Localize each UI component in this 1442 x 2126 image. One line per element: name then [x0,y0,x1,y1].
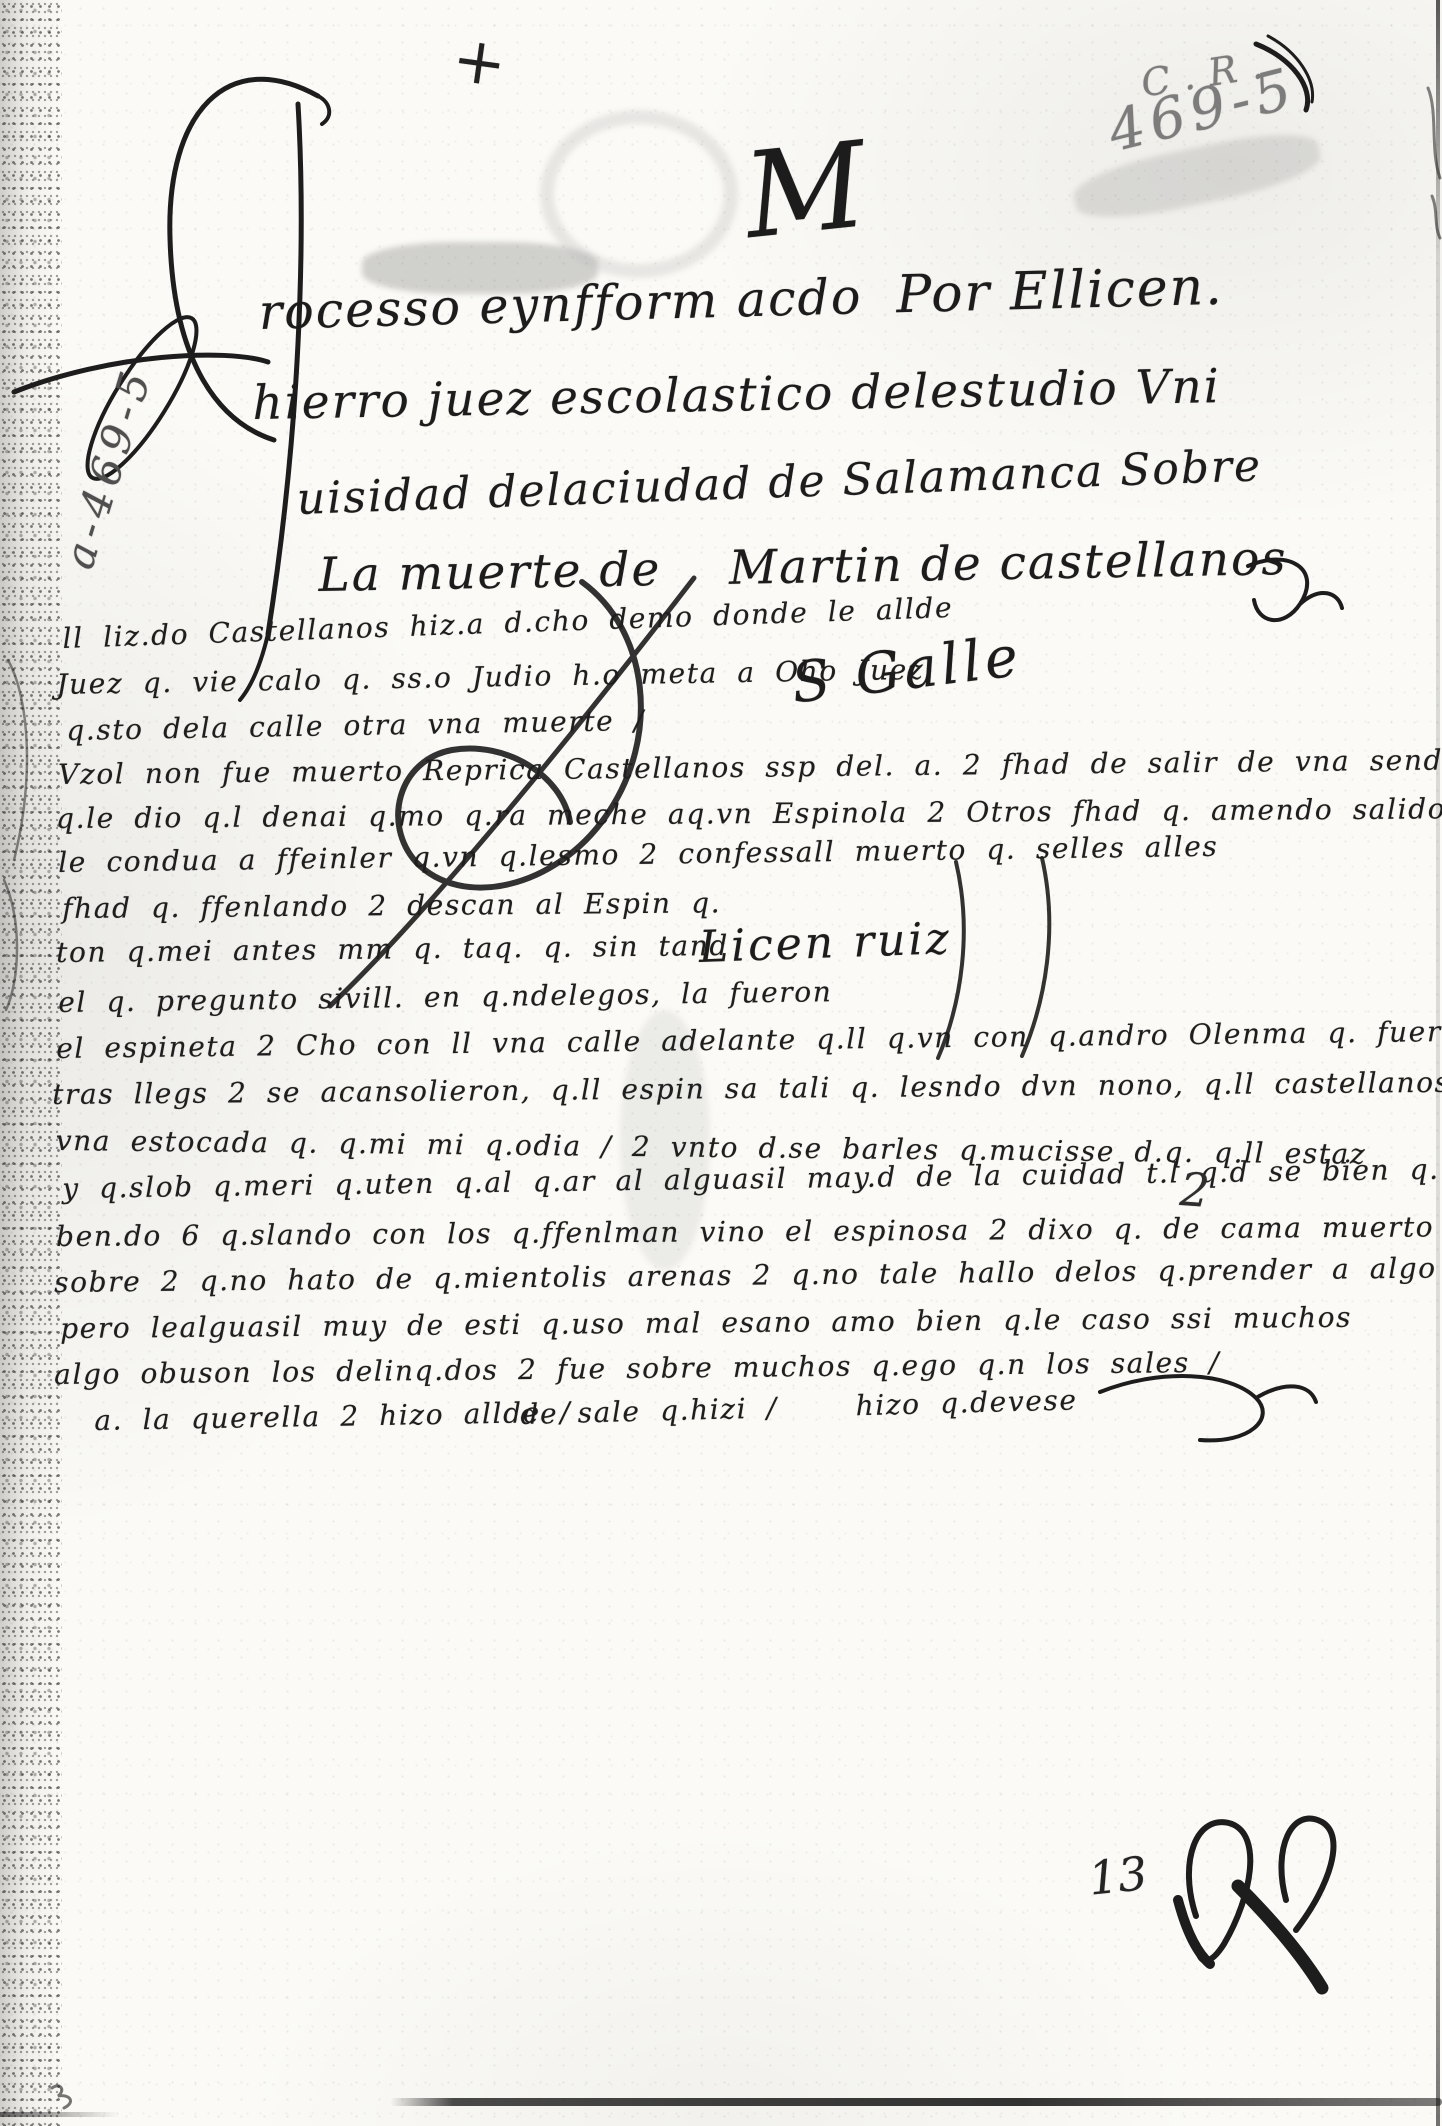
fold-crease-marks [4,660,27,1010]
body-line-9: el q. pregunto sivill. en q.ndelegos, la… [58,975,833,1019]
title-line-3: uisidad delaciudad de Salamanca Sobre [296,440,1263,525]
scan-edge-bottom [390,2098,1442,2106]
body-line-6: le condua a ffeinler q.vn q.lesmo 2 conf… [58,830,1219,879]
title-line-1-left: rocesso eynfform acdo [258,268,863,341]
bottom-numeral: 13 [1086,1846,1150,1906]
body-line-16: pero lealguasil muy de esti q.uso mal es… [60,1301,1352,1345]
body-line-1: ll liz.do Castellanos hiz.a d.cho demo d… [62,591,954,655]
body-line-3: q.sto dela calle otra vna muerte / [66,704,645,747]
title-line-4: La muerte de Martin de castellanos [318,531,1288,603]
title-line-1: rocesso eynfform acdoPor Ellicen. [258,257,1224,342]
scan-edge-left [0,0,62,2126]
scan-edge-right [1436,0,1440,2126]
title-line-1-right: Por Ellicen. [896,257,1225,326]
rubric-flourish [1178,1819,1333,1988]
body-line-19: de sale q.hizi / hizo q.devese [520,1383,1078,1431]
faint-erased-mark [540,110,738,278]
side-file-number: a-469-5 [54,360,162,574]
cross-mark: + [448,22,511,103]
body-line-8: ton q.mei antes mm q. taq. q. sin tand [56,929,729,969]
monogram-m: M [738,115,873,265]
body-line-14: ben.do 6 q.slando con los q.ffenlman vin… [56,1210,1442,1253]
body-line-10: el espineta 2 Cho con ll vna calle adela… [56,1015,1442,1065]
manuscript-page: + C.R. 469-5 a-469-5 M rocesso eynfform … [0,0,1442,2126]
body-line-15: sobre 2 q.no hato de q.mientolis arenas … [54,1251,1442,1299]
scan-edge-bottom-left [0,2112,120,2117]
body-line-11: tras llegs 2 se acansolieron, q.ll espin… [52,1065,1442,1111]
margin-note-licen-ruiz: Licen ruiz [698,913,953,973]
body-line-18: a. la querella 2 hizo allde / [94,1396,572,1437]
line-end-flourish [1100,1376,1316,1440]
body-line-7: fhad q. ffenlando 2 descan al Espin q. [62,886,721,925]
body-line-4: Vzol non fue muerto Reprica Castellanos … [58,743,1442,791]
page-numeral: 2 [1178,1162,1211,1218]
title-line-2: hierro juez escolastico delestudio Vni [252,359,1221,431]
body-line-5: q.le dio q.l denai q.mo q.ra meche aq.vn… [56,792,1442,835]
bottom-left-scribble [52,2086,71,2108]
